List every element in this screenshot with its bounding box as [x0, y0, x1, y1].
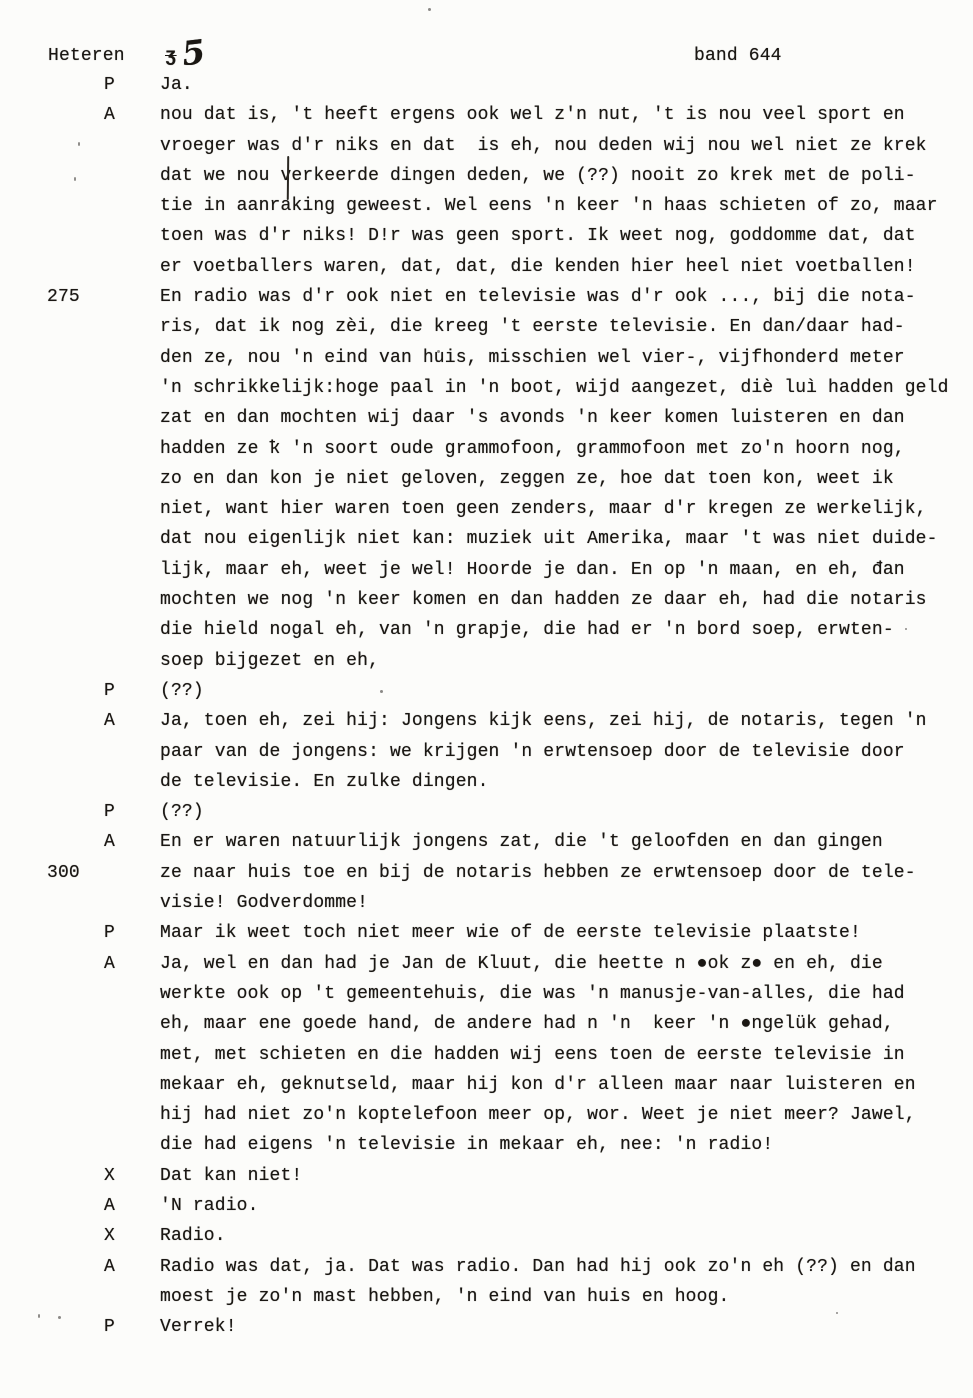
line-text: mochten we nog 'n keer komen en dan hadd…: [160, 585, 927, 615]
transcript-line: moest je zo'n mast hebben, 'n eind van h…: [0, 1282, 973, 1312]
line-text: Dat kan niet!: [160, 1161, 302, 1191]
transcript-line: AJa, wel en dan had je Jan de Kluut, die…: [0, 949, 973, 979]
line-text: met, met schieten en die hadden wij eens…: [160, 1040, 905, 1070]
line-text: die hield nogal eh, van 'n grapje, die h…: [160, 615, 894, 645]
transcript-page: Heteren ʒ 5 band 644 PJa.Anou dat is, 't…: [0, 0, 973, 1398]
transcript-line: ARadio was dat, ja. Dat was radio. Dan h…: [0, 1252, 973, 1282]
line-text: den ze, nou 'n eind van huis, misschien …: [160, 343, 905, 373]
line-text: werkte ook op 't gemeentehuis, die was '…: [160, 979, 905, 1009]
line-text: Ja.: [160, 70, 193, 100]
speaker-label: A: [104, 1191, 115, 1221]
line-text: eh, maar ene goede hand, de andere had n…: [160, 1009, 894, 1039]
speaker-label: P: [104, 70, 115, 100]
transcript-line: XRadio.: [0, 1221, 973, 1251]
transcript-line: 300ze naar huis toe en bij de notaris he…: [0, 858, 973, 888]
line-text: tie in aanraking geweest. Wel eens 'n ke…: [160, 191, 938, 221]
transcript-line: PJa.: [0, 70, 973, 100]
line-text: soep bijgezet en eh,: [160, 646, 379, 676]
speaker-label: A: [104, 827, 115, 857]
line-text: visie! Godverdomme!: [160, 888, 368, 918]
paper-speck: [58, 1316, 61, 1319]
line-text: (??): [160, 676, 204, 706]
transcript-line: toen was d'r niks! D!r was geen sport. I…: [0, 221, 973, 251]
line-text: Maar ik weet toch niet meer wie of de ee…: [160, 918, 861, 948]
transcript-line: die hield nogal eh, van 'n grapje, die h…: [0, 615, 973, 645]
transcript-line: 275En radio was d'r ook niet en televisi…: [0, 282, 973, 312]
line-number: 275: [47, 282, 80, 312]
transcript-line: tie in aanraking geweest. Wel eens 'n ke…: [0, 191, 973, 221]
transcript-line: PMaar ik weet toch niet meer wie of de e…: [0, 918, 973, 948]
paper-speck: [78, 142, 80, 146]
line-text: En er waren natuurlijk jongens zat, die …: [160, 827, 883, 857]
transcript-line: XDat kan niet!: [0, 1161, 973, 1191]
transcript-line: paar van de jongens: we krijgen 'n erwte…: [0, 737, 973, 767]
line-text: mekaar eh, geknutseld, maar hij kon d'r …: [160, 1070, 916, 1100]
paper-speck: [836, 1312, 838, 1314]
speaker-label: X: [104, 1221, 115, 1251]
line-number: 300: [47, 858, 80, 888]
line-text: nou dat is, 't heeft ergens ook wel z'n …: [160, 100, 905, 130]
transcript-line: die had eigens 'n televisie in mekaar eh…: [0, 1130, 973, 1160]
line-text: dat nou eigenlijk niet kan: muziek uit A…: [160, 524, 938, 554]
paper-speck: [905, 628, 907, 630]
line-text: lijk, maar eh, weet je wel! Hoorde je da…: [160, 555, 905, 585]
transcript-body: PJa.Anou dat is, 't heeft ergens ook wel…: [0, 70, 973, 1342]
paper-speck: [380, 690, 383, 693]
transcript-line: hadden ze ҟ 'n soort oude grammofoon, gr…: [0, 434, 973, 464]
transcript-line: den ze, nou 'n eind van huis, misschien …: [0, 343, 973, 373]
line-text: Radio was dat, ja. Dat was radio. Dan ha…: [160, 1252, 916, 1282]
line-text: toen was d'r niks! D!r was geen sport. I…: [160, 221, 916, 251]
speaker-label: P: [104, 797, 115, 827]
transcript-line: P(??): [0, 676, 973, 706]
transcript-line: 'n schrikkelijk:hoge paal in 'n boot, wi…: [0, 373, 973, 403]
transcript-line: AJa, toen eh, zei hij: Jongens kijk eens…: [0, 706, 973, 736]
line-text: 'n schrikkelijk:hoge paal in 'n boot, wi…: [160, 373, 949, 403]
transcript-line: dat nou eigenlijk niet kan: muziek uit A…: [0, 524, 973, 554]
transcript-line: er voetballers waren, dat, dat, die kend…: [0, 252, 973, 282]
line-text: vroeger was d'r niks en dat is eh, nou d…: [160, 131, 927, 161]
line-text: Radio.: [160, 1221, 226, 1251]
line-text: hadden ze ҟ 'n soort oude grammofoon, gr…: [160, 434, 905, 464]
speaker-label: A: [104, 706, 115, 736]
line-text: moest je zo'n mast hebben, 'n eind van h…: [160, 1282, 730, 1312]
speaker-label: A: [104, 1252, 115, 1282]
transcript-line: A'N radio.: [0, 1191, 973, 1221]
transcript-line: met, met schieten en die hadden wij eens…: [0, 1040, 973, 1070]
speaker-label: P: [104, 676, 115, 706]
line-text: er voetballers waren, dat, dat, die kend…: [160, 252, 916, 282]
line-text: 'N radio.: [160, 1191, 259, 1221]
line-text: zat en dan mochten wij daar 's avonds 'n…: [160, 403, 905, 433]
transcript-line: niet, want hier waren toen geen zenders,…: [0, 494, 973, 524]
line-text: niet, want hier waren toen geen zenders,…: [160, 494, 927, 524]
speaker-label: A: [104, 949, 115, 979]
paper-speck: [437, 350, 440, 353]
transcript-line: lijk, maar eh, weet je wel! Hoorde je da…: [0, 555, 973, 585]
line-text: En radio was d'r ook niet en televisie w…: [160, 282, 916, 312]
band-label: band 644: [694, 46, 782, 66]
transcript-line: ris, dat ik nog zèi, die kreeg 't eerste…: [0, 312, 973, 342]
struck-out-character: ʒ: [165, 45, 177, 67]
transcript-line: dat we nou verkeerde dingen deden, we (?…: [0, 161, 973, 191]
line-text: Verrek!: [160, 1312, 237, 1342]
speaker-label: P: [104, 1312, 115, 1342]
line-text: de televisie. En zulke dingen.: [160, 767, 489, 797]
transcript-line: Anou dat is, 't heeft ergens ook wel z'n…: [0, 100, 973, 130]
line-text: die had eigens 'n televisie in mekaar eh…: [160, 1130, 773, 1160]
line-text: ze naar huis toe en bij de notaris hebbe…: [160, 858, 916, 888]
transcript-line: visie! Godverdomme!: [0, 888, 973, 918]
transcript-line: hij had niet zo'n koptelefoon meer op, w…: [0, 1100, 973, 1130]
paper-speck: [38, 1314, 40, 1318]
transcript-line: P(??): [0, 797, 973, 827]
paper-speck: [512, 262, 515, 265]
transcript-line: eh, maar ene goede hand, de andere had n…: [0, 1009, 973, 1039]
transcript-line: PVerrek!: [0, 1312, 973, 1342]
page-title-location: Heteren: [48, 46, 125, 66]
transcript-line: de televisie. En zulke dingen.: [0, 767, 973, 797]
line-text: (??): [160, 797, 204, 827]
line-text: paar van de jongens: we krijgen 'n erwte…: [160, 737, 905, 767]
line-text: hij had niet zo'n koptelefoon meer op, w…: [160, 1100, 916, 1130]
line-text: ris, dat ik nog zèi, die kreeg 't eerste…: [160, 312, 905, 342]
paper-speck: [74, 177, 76, 181]
line-text: Ja, toen eh, zei hij: Jongens kijk eens,…: [160, 706, 927, 736]
speaker-label: A: [104, 100, 115, 130]
transcript-line: werkte ook op 't gemeentehuis, die was '…: [0, 979, 973, 1009]
transcript-line: soep bijgezet en eh,: [0, 646, 973, 676]
line-text: dat we nou verkeerde dingen deden, we (?…: [160, 161, 916, 191]
line-text: zo en dan kon je niet geloven, zeggen ze…: [160, 464, 894, 494]
line-text: Ja, wel en dan had je Jan de Kluut, die …: [160, 949, 883, 979]
speaker-label: P: [104, 918, 115, 948]
speaker-label: X: [104, 1161, 115, 1191]
transcript-line: AEn er waren natuurlijk jongens zat, die…: [0, 827, 973, 857]
transcript-line: zo en dan kon je niet geloven, zeggen ze…: [0, 464, 973, 494]
paper-speck: [428, 8, 431, 11]
transcript-line: zat en dan mochten wij daar 's avonds 'n…: [0, 403, 973, 433]
transcript-line: mekaar eh, geknutseld, maar hij kon d'r …: [0, 1070, 973, 1100]
transcript-line: mochten we nog 'n keer komen en dan hadd…: [0, 585, 973, 615]
handwritten-page-number: 5: [180, 32, 208, 74]
transcript-line: vroeger was d'r niks en dat is eh, nou d…: [0, 131, 973, 161]
